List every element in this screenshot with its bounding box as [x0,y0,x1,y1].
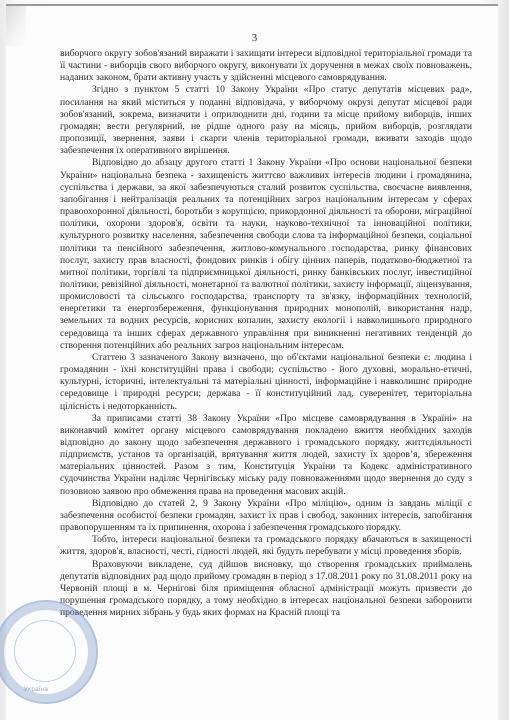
page-number: 3 [0,32,509,44]
paragraph-8: Враховуючи викладене, суд дійшов висновк… [60,559,472,620]
paragraph-7: Тобто, інтереси національної безпеки та … [60,534,472,558]
paragraph-5: За приписами статті 38 Закону України «П… [60,413,472,498]
stamp-label: Україна [24,686,48,693]
paragraph-1: виборчого округу зобов'язаний виражати і… [60,48,472,84]
paragraph-3: Відповідно до абзацу другого статті 1 За… [60,157,472,352]
paragraph-6: Відповідно до статей 2, 9 Закону України… [60,498,472,534]
paragraph-4: Статтею 3 зазначеного Закону визначено, … [60,352,472,413]
document-body: виборчого округу зобов'язаний виражати і… [60,48,472,619]
paragraph-2: Згідно з пунктом 5 статті 10 Закону Укра… [60,84,472,157]
stamp-inner-ring [14,620,76,682]
